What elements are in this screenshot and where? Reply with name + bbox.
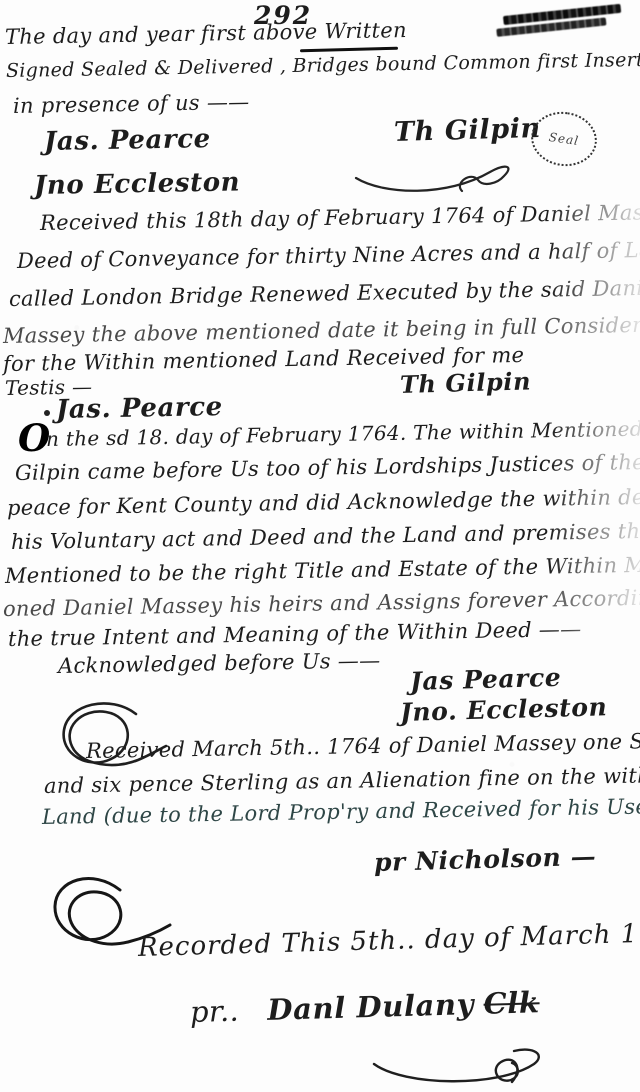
acknowledgment-line-3: peace for Kent County and did Acknowledg…	[7, 484, 640, 520]
acknowledged-before-us: Acknowledged before Us ——	[58, 649, 381, 678]
acknowledgment-line-6: oned Daniel Massey his heirs and Assigns…	[3, 586, 640, 621]
witness-signature-pearce: Jas. Pearce	[44, 125, 211, 157]
receipt-line-2: Deed of Conveyance for thirty Nine Acres…	[17, 238, 640, 273]
clerk-prefix: pr..	[189, 994, 239, 1029]
receipt-line-3: called London Bridge Renewed Executed by…	[9, 277, 640, 312]
receipt-line-4: Massey the above mentioned date it being…	[3, 313, 640, 348]
witness-signature-eccleston-2: Jno. Eccleston	[400, 693, 608, 726]
manuscript-page: 292 The day and year first above Written…	[0, 0, 640, 1092]
clerk-flourish	[362, 1038, 562, 1090]
attestation-line-2: Signed Sealed & Delivered , Bridges boun…	[6, 49, 640, 81]
gilpin-signature: Th Gilpin	[394, 114, 542, 148]
witness-signature-eccleston: Jno Eccleston	[34, 168, 241, 200]
clerk-signature-line: pr.. Danl Dulany Clk	[190, 987, 540, 1029]
clerk-name: Danl Dulany	[267, 987, 475, 1027]
recorded-line: Recorded This 5th.. day of March 1764 —	[138, 918, 640, 963]
seal-label: Seal	[548, 130, 580, 148]
nicholson-signature: pr Nicholson —	[374, 843, 597, 877]
witness-signature-pearce-2: Jas. Pearce	[56, 393, 223, 425]
acknowledgment-line-7: the true Intent and Meaning of the Withi…	[8, 618, 582, 651]
attestation-line-1: The day and year first above Written	[5, 19, 407, 49]
acknowledgment-line-4: his Voluntary act and Deed and the Land …	[11, 519, 640, 554]
witness-signature-pearce-3: Jas Pearce	[410, 664, 562, 696]
clerk-title: Clk	[483, 985, 540, 1021]
receipt-line-1: Received this 18th day of February 1764 …	[40, 200, 640, 235]
acknowledgment-line-5: Mentioned to be the right Title and Esta…	[5, 553, 640, 588]
acknowledgment-line-2: Gilpin came before Us too of his Lordshi…	[15, 451, 640, 485]
attestation-line-3: in presence of us ——	[13, 91, 250, 118]
flourish-dash	[300, 47, 398, 53]
gilpin-signature-2: Th Gilpin	[400, 368, 532, 398]
archive-ink-stamp	[495, 0, 630, 46]
signature-flourish	[352, 150, 537, 200]
alienation-line-3: Land (due to the Lord Prop'ry and Receiv…	[42, 795, 640, 829]
